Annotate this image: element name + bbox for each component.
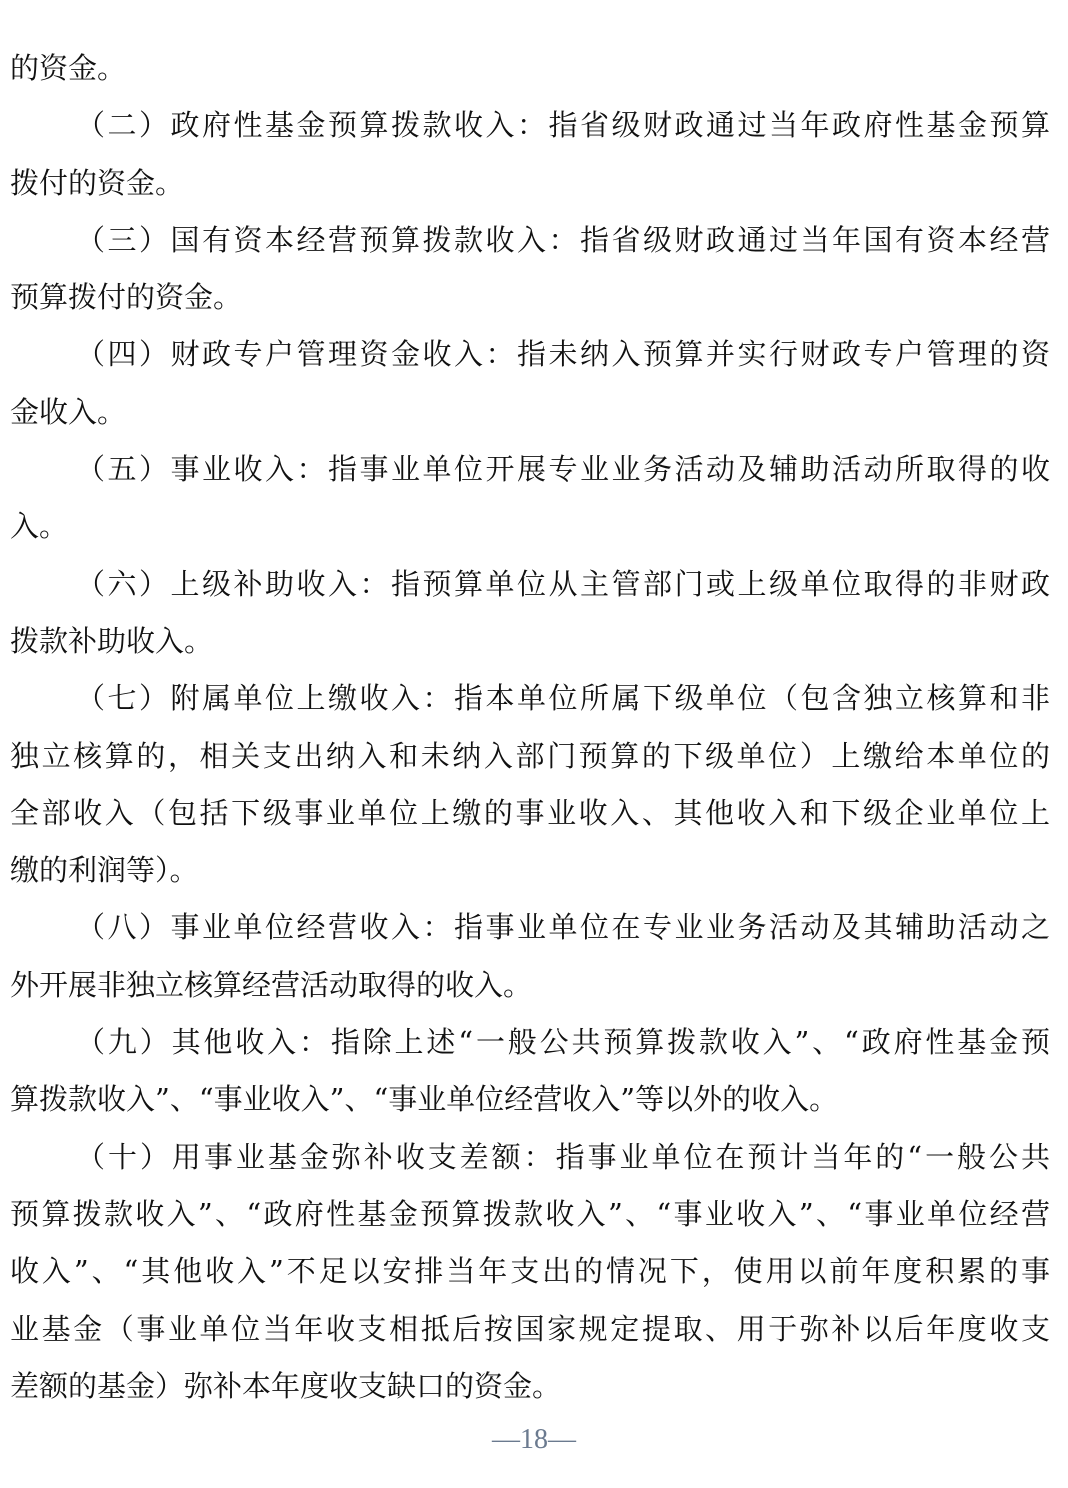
paragraph-first-line: （七）附属单位上缴收入：指本单位所属下级单位（包含独立核算和非 [10,670,1050,727]
paragraph-first-line: （二）政府性基金预算拨款收入：指省级财政通过当年政府性基金预算 [10,97,1050,154]
paragraph-line: 预算拨款收入”、“政府性基金预算拨款收入”、“事业收入”、“事业单位经营 [10,1186,1050,1243]
paragraph-first-line: （九）其他收入：指除上述“一般公共预算拨款收入”、“政府性基金预 [10,1014,1050,1071]
paragraph-line: 差额的基金）弥补本年度收支缺口的资金。 [10,1358,1050,1415]
paragraph-line: 全部收入（包括下级事业单位上缴的事业收入、其他收入和下级企业单位上 [10,785,1050,842]
paragraph-line: 外开展非独立核算经营活动取得的收入。 [10,957,1050,1014]
paragraph-line: 金收入。 [10,384,1050,441]
paragraph-line: 收入”、“其他收入”不足以安排当年支出的情况下，使用以前年度积累的事 [10,1243,1050,1300]
paragraph-first-line: （六）上级补助收入：指预算单位从主管部门或上级单位取得的非财政 [10,556,1050,613]
paragraph-line: 的资金。 [10,40,1050,97]
paragraph-line: 独立核算的，相关支出纳入和未纳入部门预算的下级单位）上缴给本单位的 [10,728,1050,785]
paragraph-line: 入。 [10,498,1050,555]
paragraph-first-line: （八）事业单位经营收入：指事业单位在专业业务活动及其辅助活动之 [10,899,1050,956]
paragraph-line: 拨付的资金。 [10,155,1050,212]
paragraph-first-line: （十）用事业基金弥补收支差额：指事业单位在预计当年的“一般公共 [10,1129,1050,1186]
paragraph-line: 拨款补助收入。 [10,613,1050,670]
paragraph-line: 预算拨付的资金。 [10,269,1050,326]
paragraph-first-line: （五）事业收入：指事业单位开展专业业务活动及辅助活动所取得的收 [10,441,1050,498]
page-number: —18— [0,1424,1068,1456]
paragraph-first-line: （三）国有资本经营预算拨款收入：指省级财政通过当年国有资本经营 [10,212,1050,269]
paragraph-line: 缴的利润等）。 [10,842,1050,899]
document-body: 的资金。（二）政府性基金预算拨款收入：指省级财政通过当年政府性基金预算拨付的资金… [10,40,1050,1415]
paragraph-line: 业基金（事业单位当年收支相抵后按国家规定提取、用于弥补以后年度收支 [10,1301,1050,1358]
paragraph-line: 算拨款收入”、“事业收入”、“事业单位经营收入”等以外的收入。 [10,1071,1050,1128]
paragraph-first-line: （四）财政专户管理资金收入：指未纳入预算并实行财政专户管理的资 [10,326,1050,383]
